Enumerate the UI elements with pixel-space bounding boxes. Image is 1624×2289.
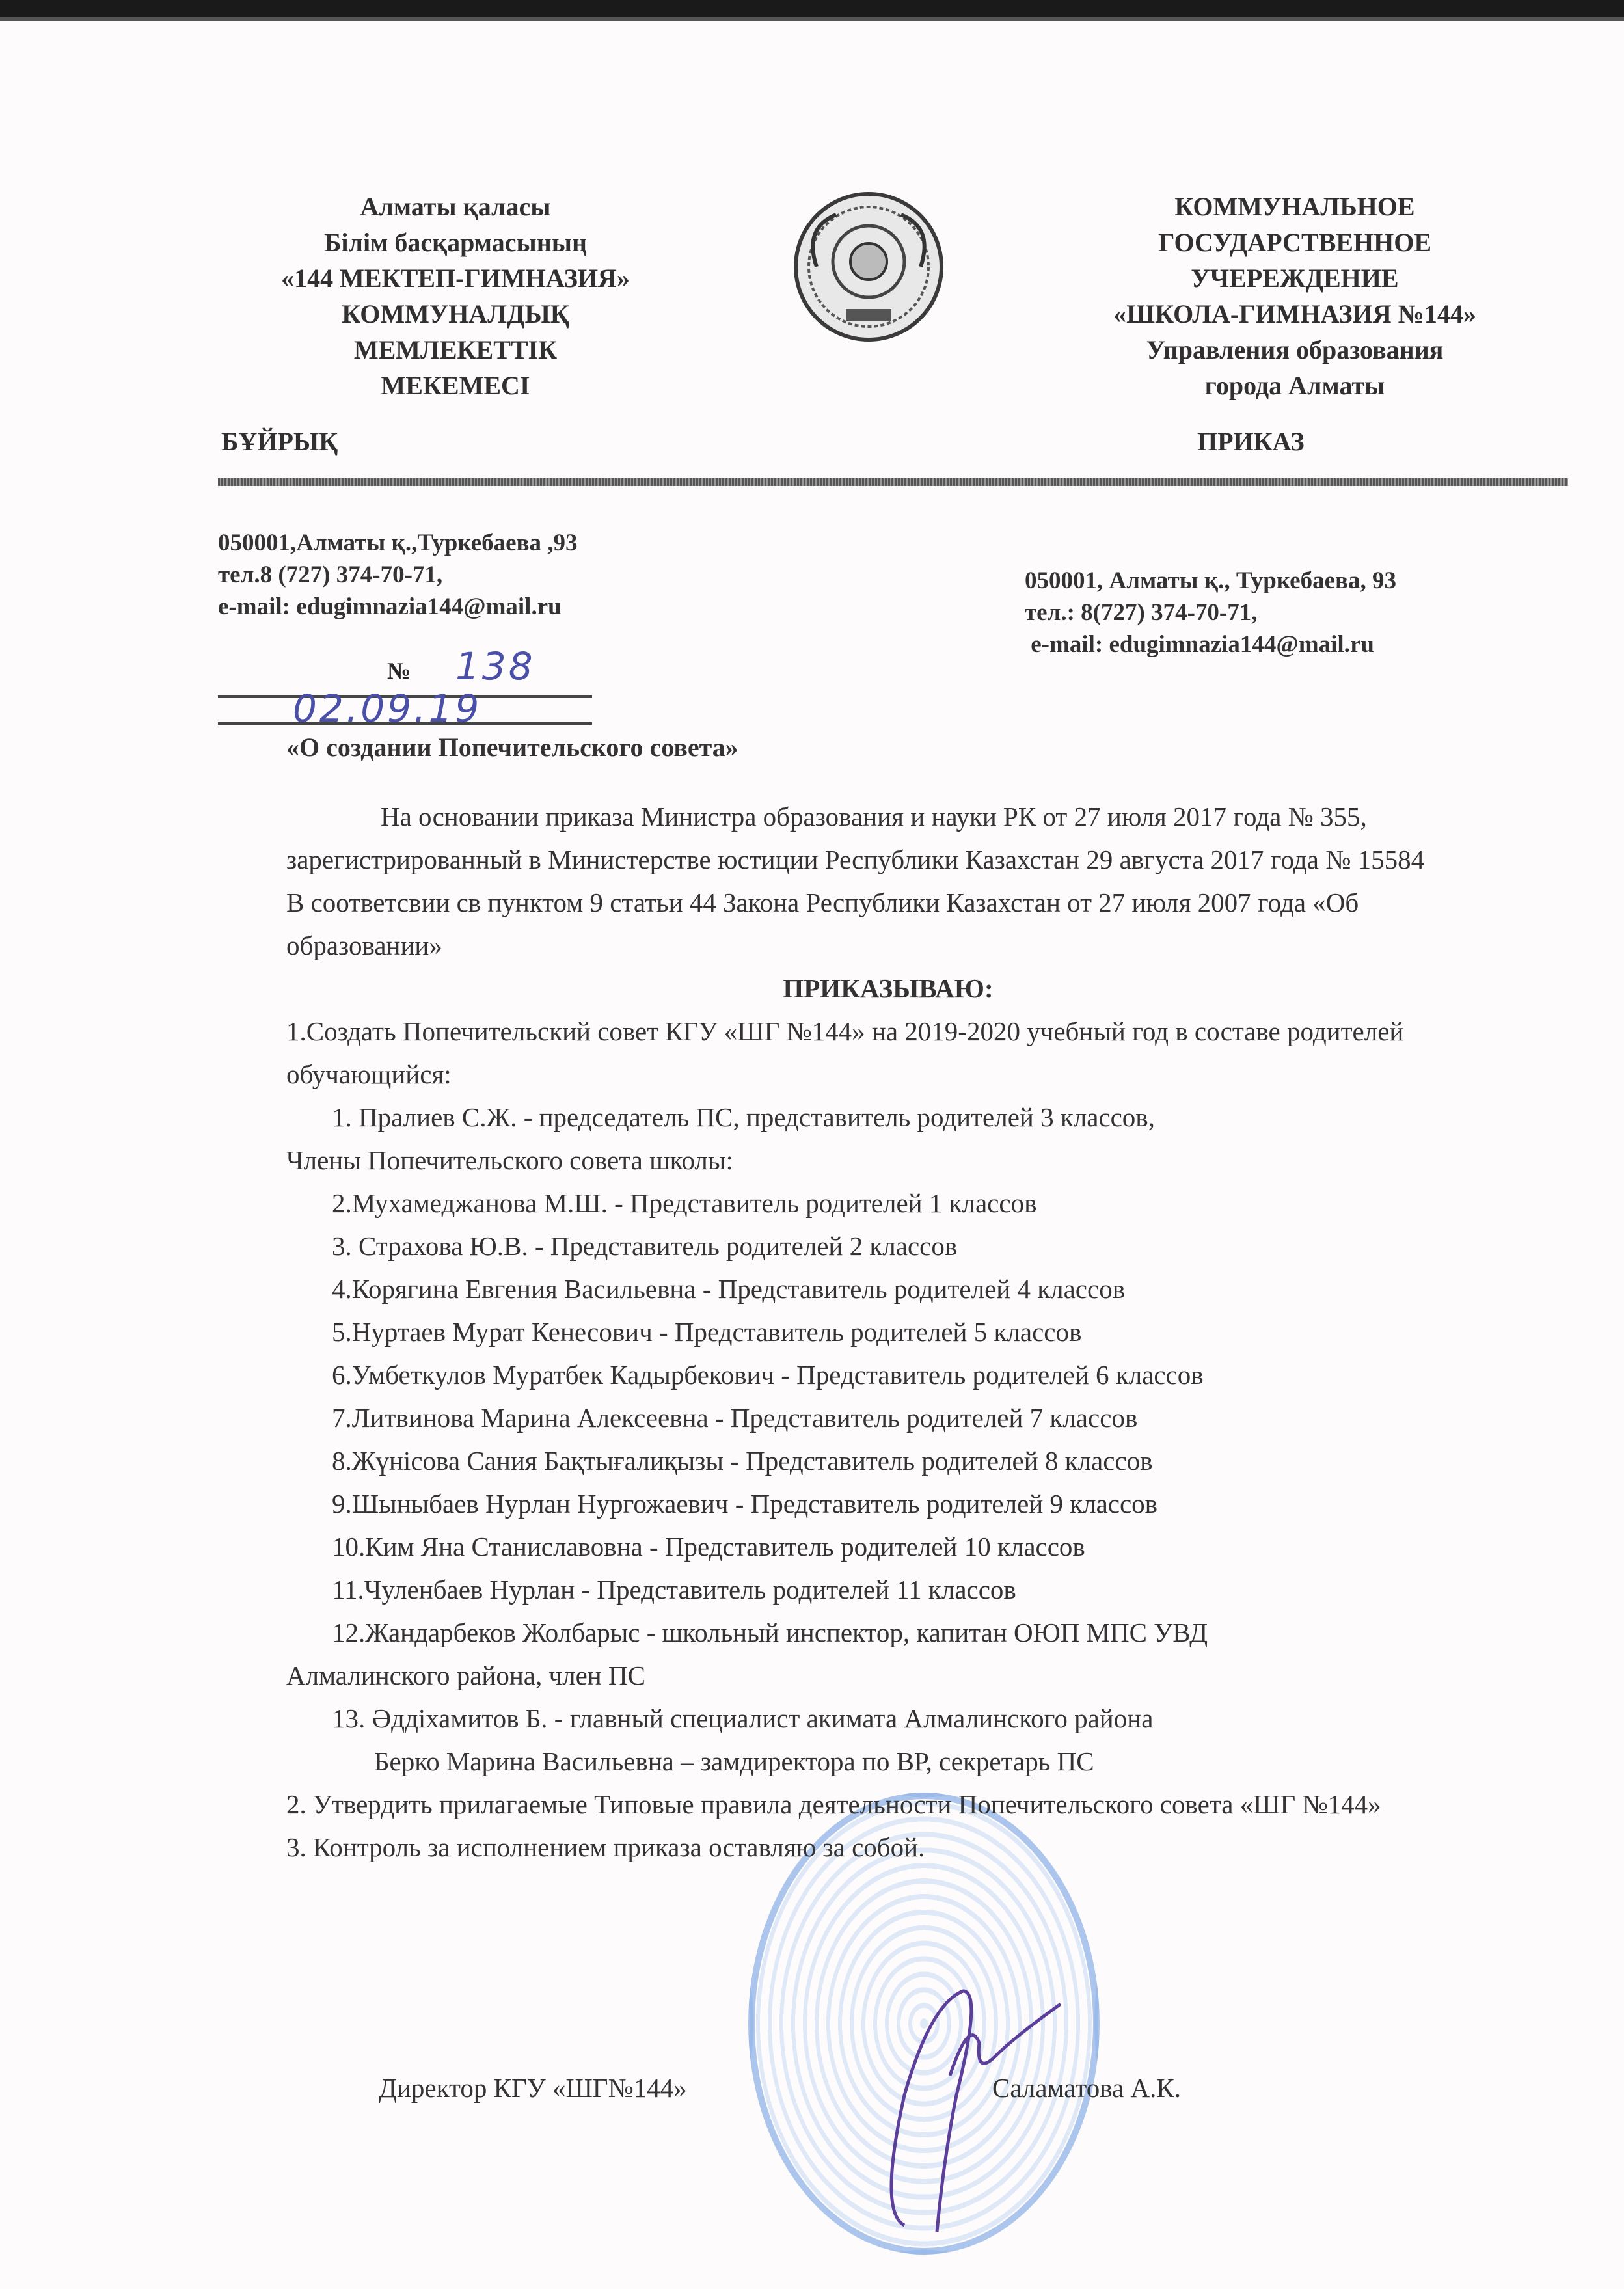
header-line: Білім басқармасының	[221, 224, 690, 260]
address-left: 050001,Алматы қ.,Туркебаева ,93 тел.8 (7…	[218, 527, 578, 623]
order-number-handwritten: 138	[455, 644, 535, 688]
email-line: e-mail: edugimnazia144@mail.ru	[1025, 629, 1396, 660]
member-line: 13. Әддіхамитов Б. - главный специалист …	[286, 1697, 1490, 1740]
header-line: КОММУНАЛЬНОЕ	[1015, 189, 1575, 224]
header-russian: КОММУНАЛЬНОЕ ГОСУДАРСТВЕННОЕ УЧЕРЕЖДЕНИЕ…	[1015, 189, 1575, 403]
order-label-kz: БҰЙРЫҚ	[221, 426, 338, 457]
header-line: МЕМЛЕКЕТТІК	[221, 332, 690, 368]
order-label-ru: ПРИКАЗ	[1197, 426, 1305, 457]
header-kazakh: Алматы қаласы Білім басқармасының «144 М…	[221, 189, 690, 403]
header-line: Управления образования	[1015, 332, 1575, 368]
members-heading: Члены Попечительского совета школы:	[286, 1139, 1490, 1182]
directive-heading: ПРИКАЗЫВАЮ:	[286, 967, 1490, 1010]
header-line: КОММУНАЛДЫҚ	[221, 296, 690, 332]
member-line: 2.Мухамеджанова М.Ш. - Представитель род…	[286, 1182, 1490, 1225]
state-emblem-icon	[791, 189, 947, 345]
member-line: 12.Жандарбеков Жолбарыс - школьный инспе…	[286, 1611, 1490, 1654]
email-line: e-mail: edugimnazia144@mail.ru	[218, 591, 578, 623]
phone-line: тел.: 8(727) 374-70-71,	[1025, 597, 1396, 629]
member-line: 9.Шыныбаев Нурлан Нургожаевич - Представ…	[286, 1482, 1490, 1525]
header-line: УЧЕРЕЖДЕНИЕ	[1015, 260, 1575, 296]
header-line: «ШКОЛА-ГИМНАЗИЯ №144»	[1015, 296, 1575, 332]
scan-border	[0, 0, 1624, 21]
address-line: 050001, Алматы қ., Туркебаева, 93	[1025, 565, 1396, 597]
header-line: МЕКЕМЕСІ	[221, 368, 690, 403]
member-line-continuation: Алмалинского района, член ПС	[286, 1654, 1490, 1697]
order-date-handwritten: 02.09.19	[293, 686, 481, 731]
member-line: 4.Корягина Евгения Васильевна - Представ…	[286, 1267, 1490, 1310]
member-line: 7.Литвинова Марина Алексеевна - Представ…	[286, 1396, 1490, 1439]
member-line: 11.Чуленбаев Нурлан - Представитель роди…	[286, 1568, 1490, 1611]
chair-line: 1. Пралиев С.Ж. - председатель ПС, предс…	[286, 1096, 1490, 1139]
signatory-name: Саламатова А.К.	[992, 2072, 1181, 2104]
header-line: «144 МЕКТЕП-ГИМНАЗИЯ»	[221, 260, 690, 296]
member-line: 8.Жүнісова Сания Бақтығалиқызы - Предста…	[286, 1439, 1490, 1482]
header-divider	[218, 478, 1568, 486]
header-line: города Алматы	[1015, 368, 1575, 403]
preamble-paragraph: На основании приказа Министра образовани…	[286, 795, 1490, 881]
header-line: Алматы қаласы	[221, 189, 690, 224]
address-line: 050001,Алматы қ.,Туркебаева ,93	[218, 527, 578, 559]
preamble-paragraph: В соответсвии св пунктом 9 статьи 44 Зак…	[286, 881, 1490, 967]
member-line: 3. Страхова Ю.В. - Представитель родител…	[286, 1225, 1490, 1267]
signatory-position: Директор КГУ «ШГ№144»	[379, 2072, 687, 2104]
number-label: №	[387, 657, 411, 684]
item-2: 2. Утвердить прилагаемые Типовые правила…	[286, 1783, 1490, 1826]
item-1: 1.Создать Попечительский совет КГУ «ШГ №…	[286, 1010, 1490, 1096]
address-right: 050001, Алматы қ., Туркебаева, 93 тел.: …	[1025, 565, 1396, 660]
member-line: 5.Нуртаев Мурат Кенесович - Представител…	[286, 1310, 1490, 1353]
document-body: На основании приказа Министра образовани…	[286, 795, 1490, 1869]
member-line: 10.Ким Яна Станиславовна - Представитель…	[286, 1525, 1490, 1568]
header-line: ГОСУДАРСТВЕННОЕ	[1015, 224, 1575, 260]
phone-line: тел.8 (727) 374-70-71,	[218, 559, 578, 591]
member-line: 6.Умбеткулов Муратбек Кадырбекович - Пре…	[286, 1353, 1490, 1396]
item-3: 3. Контроль за исполнением приказа остав…	[286, 1826, 1490, 1869]
document-title: «О создании Попечительского совета»	[286, 732, 738, 763]
secretary-line: Берко Марина Васильевна – замдиректора п…	[286, 1740, 1490, 1783]
